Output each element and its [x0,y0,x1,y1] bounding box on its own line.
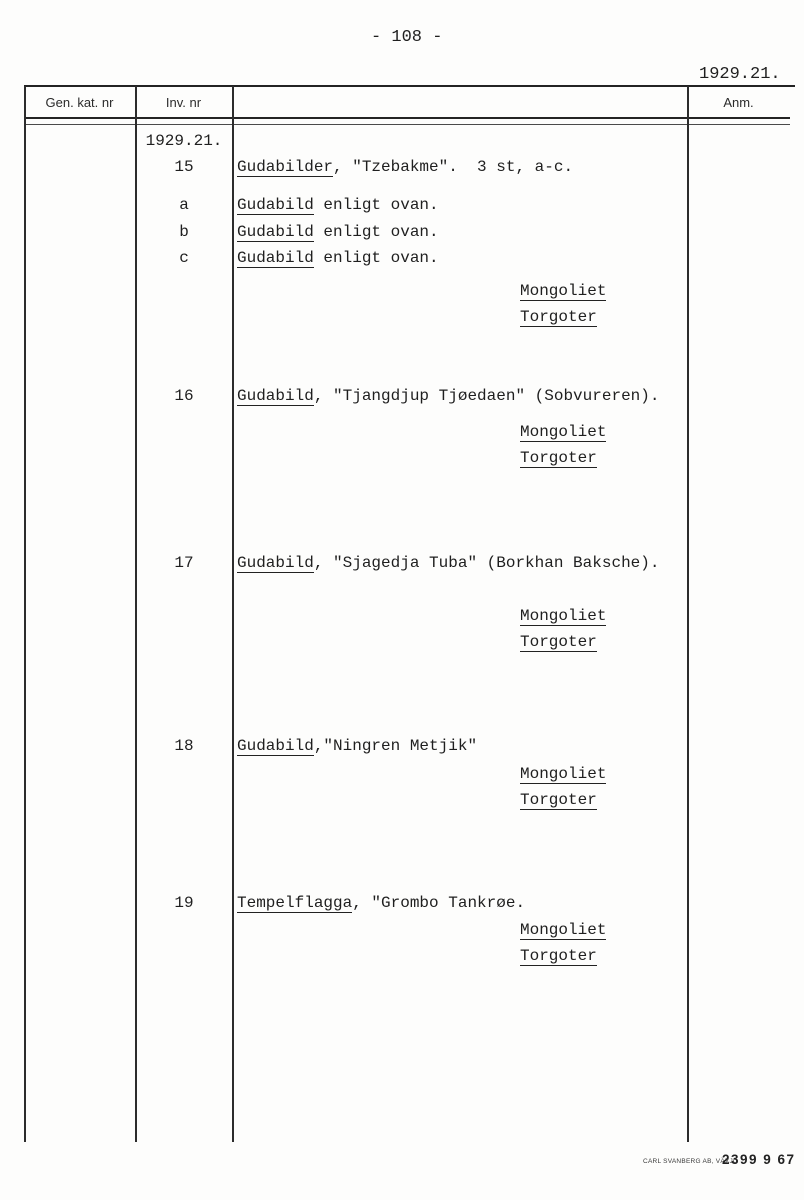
entry-lead: Tempelflagga [237,894,352,913]
provenance-tribe-label: Torgoter [520,633,597,652]
provenance-country-label: Mongoliet [520,921,606,940]
entry-rest: enligt ovan. [314,249,439,267]
table-left-border [24,86,26,1142]
provenance-country: Mongoliet [520,606,606,626]
entry-rest: , "Sjagedja Tuba" (Borkhan Baksche). [314,554,660,572]
provenance-tribe-label: Torgoter [520,947,597,966]
table-top-border [24,85,795,87]
entry-row: Gudabild enligt ovan. [237,222,439,242]
entry-lead: Gudabild [237,387,314,406]
catalog-sheet: - 108 - 1929.21. Gen. kat. nr Inv. nr An… [0,0,804,1200]
provenance-tribe: Torgoter [520,632,597,652]
entry-lead: Gudabild [237,554,314,573]
provenance-country-label: Mongoliet [520,607,606,626]
inv-nr: b [135,222,233,242]
inv-nr: 18 [135,736,233,756]
inv-nr: a [135,195,233,215]
header-anm: Anm. [687,95,790,111]
entry-row: Gudabild, "Tjangdjup Tjøedaen" (Sobvurer… [237,386,659,406]
column-divider-inv-desc [232,86,234,1142]
page-number: - 108 - [371,28,442,48]
provenance-tribe: Torgoter [520,448,597,468]
entry-lead: Gudabild [237,249,314,268]
column-divider-desc-anm [687,86,689,1142]
header-gen-kat-nr: Gen. kat. nr [24,95,135,111]
entry-row: Gudabilder, "Tzebakme". 3 st, a-c. [237,157,573,177]
column-divider-genkat-inv [135,86,137,1142]
entry-row: Gudabild,"Ningren Metjik" [237,736,477,756]
entry-row: Gudabild enligt ovan. [237,248,439,268]
provenance-country: Mongoliet [520,422,606,442]
year-reference: 1929.21. [699,65,781,85]
entry-rest: , "Grombo Tankrøe. [352,894,525,912]
provenance-tribe-label: Torgoter [520,449,597,468]
provenance-tribe: Torgoter [520,946,597,966]
inv-nr: 17 [135,553,233,573]
provenance-country: Mongoliet [520,281,606,301]
provenance-country-label: Mongoliet [520,282,606,301]
entry-row: Gudabild, "Sjagedja Tuba" (Borkhan Baksc… [237,553,659,573]
provenance-country-label: Mongoliet [520,765,606,784]
provenance-tribe: Torgoter [520,790,597,810]
inv-nr: c [135,248,233,268]
entry-rest: enligt ovan. [314,223,439,241]
provenance-tribe: Torgoter [520,307,597,327]
entry-rest: , "Tjangdjup Tjøedaen" (Sobvureren). [314,387,660,405]
group-ref: 1929.21. [135,131,233,151]
entry-rest: ,"Ningren Metjik" [314,737,477,755]
entry-lead: Gudabilder [237,158,333,177]
entry-lead: Gudabild [237,223,314,242]
provenance-country: Mongoliet [520,920,606,940]
provenance-tribe-label: Torgoter [520,308,597,327]
provenance-country: Mongoliet [520,764,606,784]
entry-lead: Gudabild [237,196,314,215]
table-header-divider [24,117,790,125]
entry-rest: enligt ovan. [314,196,439,214]
entry-row: Gudabild enligt ovan. [237,195,439,215]
provenance-country-label: Mongoliet [520,423,606,442]
inv-nr: 15 [135,157,233,177]
printer-code: 2399 9 67 [722,1152,796,1167]
entry-lead: Gudabild [237,737,314,756]
entry-row: Tempelflagga, "Grombo Tankrøe. [237,893,525,913]
inv-nr: 16 [135,386,233,406]
provenance-tribe-label: Torgoter [520,791,597,810]
entry-rest: , "Tzebakme". 3 st, a-c. [333,158,573,176]
inv-nr: 19 [135,893,233,913]
header-inv-nr: Inv. nr [135,95,232,111]
